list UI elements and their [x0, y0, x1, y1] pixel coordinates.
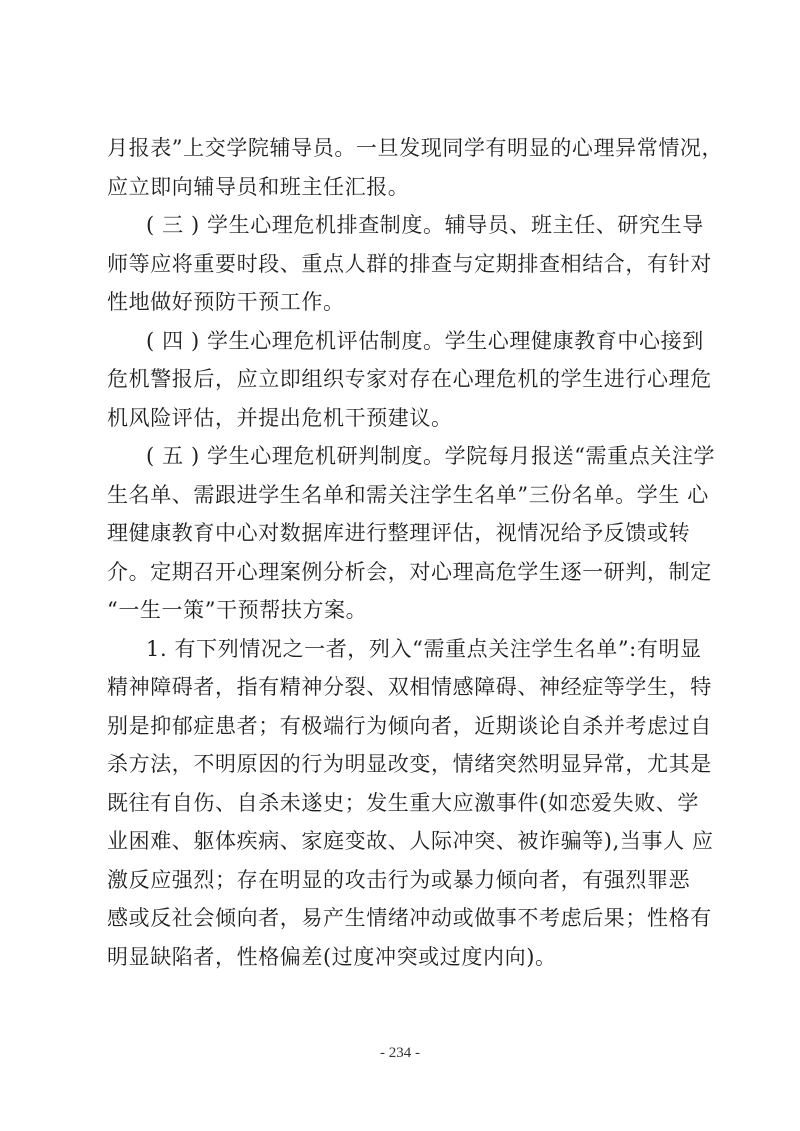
paragraph-heading-4: ( 四 ) 学生心理危机评估制度。学生心理健康教育中心接到 [146, 326, 746, 356]
page-number: - 234 - [0, 1045, 800, 1062]
text-line: 感或反社会倾向者，易产生情绪冲动或做事不考虑后果；性格有 [107, 903, 707, 933]
text-line: “一生一策”干预帮扶方案。 [107, 595, 707, 625]
text-line: 精神障碍者，指有精神分裂、双相情感障碍、神经症等学生，特 [107, 672, 707, 702]
text-line: 介。定期召开心理案例分析会，对心理高危学生逐一研判，制定 [107, 557, 707, 587]
text-line: 理健康教育中心对数据库进行整理评估，视情况给予反馈或转 [107, 518, 707, 548]
list-item-1: 1. 有下列情况之一者，列入“需重点关注学生名单”:有明显 [146, 634, 746, 664]
text-line: 激反应强烈；存在明显的攻击行为或暴力倾向者，有强烈罪恶 [107, 865, 707, 895]
text-line: 别是抑郁症患者；有极端行为倾向者，近期谈论自杀并考虑过自 [107, 711, 707, 741]
paragraph-heading-3: ( 三 ) 学生心理危机排查制度。辅导员、班主任、研究生导 [146, 210, 746, 240]
text-line: 危机警报后，应立即组织专家对存在心理危机的学生进行心理危 [107, 364, 707, 394]
text-line: 明显缺陷者，性格偏差(过度冲突或过度内向)。 [107, 942, 707, 972]
document-page: 月报表”上交学院辅导员。一旦发现同学有明显的心理异常情况， 应立即向辅导员和班主… [0, 0, 800, 1131]
text-line: 业困难、躯体疾病、家庭变故、人际冲突、被诈骗等),当事人 应 [107, 826, 707, 856]
text-line: 师等应将重要时段、重点人群的排查与定期排查相结合，有针对 [107, 249, 707, 279]
text-line: 性地做好预防干预工作。 [107, 287, 707, 317]
text-line: 生名单、需跟进学生名单和需关注学生名单”三份名单。学生 心 [107, 480, 707, 510]
text-line: 月报表”上交学院辅导员。一旦发现同学有明显的心理异常情况， [107, 133, 707, 163]
paragraph-heading-5: ( 五 ) 学生心理危机研判制度。学院每月报送“需重点关注学 [146, 441, 746, 471]
text-line: 应立即向辅导员和班主任汇报。 [107, 172, 707, 202]
text-line: 既往有自伤、自杀未遂史；发生重大应激事件(如恋爱失败、学 [107, 788, 707, 818]
text-line: 机风险评估，并提出危机干预建议。 [107, 403, 707, 433]
text-line: 杀方法，不明原因的行为明显改变，情绪突然明显异常，尤其是 [107, 749, 707, 779]
